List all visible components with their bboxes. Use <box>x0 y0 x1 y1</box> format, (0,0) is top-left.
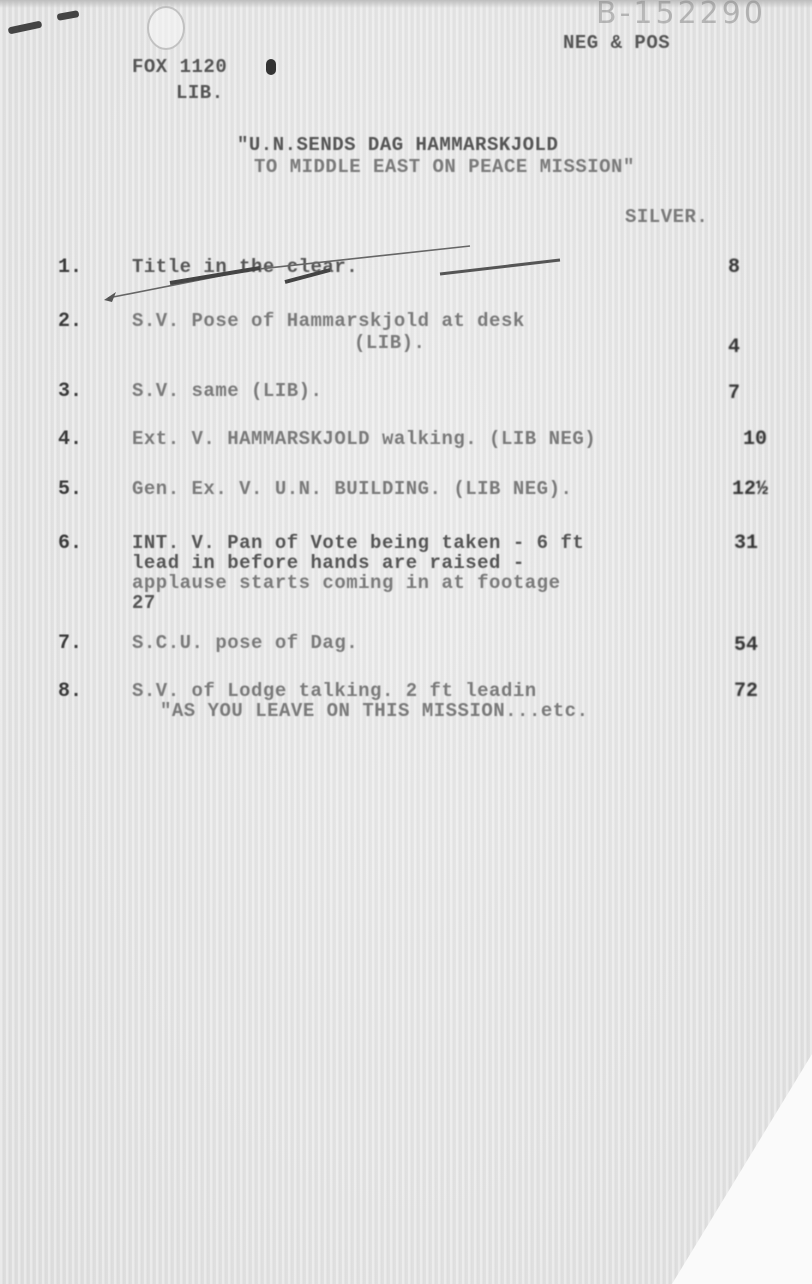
shot-footage: 4 <box>690 336 740 359</box>
shot-footage: 54 <box>708 634 758 657</box>
shot-description: S.V. same (LIB). <box>132 380 322 402</box>
shot-description-cont: 27 <box>132 592 156 614</box>
shot-description: S.V. Pose of Hammarskjold at desk <box>132 310 525 332</box>
shot-description: Gen. Ex. V. U.N. BUILDING. (LIB NEG). <box>132 478 572 500</box>
shot-number: 4. <box>58 428 82 451</box>
shot-footage: 10 <box>717 428 767 451</box>
shot-number: 8. <box>58 680 82 703</box>
shot-number: 2. <box>58 310 82 333</box>
shot-description-cont: applause starts coming in at footage <box>132 572 560 594</box>
shot-footage: 12½ <box>718 478 768 501</box>
shot-description-cont: "AS YOU LEAVE ON THIS MISSION...etc. <box>160 700 588 722</box>
shot-footage: 7 <box>690 382 740 405</box>
shot-description: INT. V. Pan of Vote being taken - 6 ft <box>132 532 584 554</box>
shot-footage: 72 <box>708 680 758 703</box>
shot-footage: 31 <box>708 532 758 555</box>
pen-strike-arrow <box>0 0 812 320</box>
shot-number: 6. <box>58 532 82 555</box>
folded-corner <box>672 1054 812 1284</box>
shot-number: 7. <box>58 632 82 655</box>
shot-description: Ext. V. HAMMARSKJOLD walking. (LIB NEG) <box>132 428 596 450</box>
shot-description-cont: (LIB). <box>354 332 425 354</box>
shot-number: 5. <box>58 478 82 501</box>
shot-description: S.C.U. pose of Dag. <box>132 632 358 654</box>
shot-description-cont: lead in before hands are raised - <box>132 552 525 574</box>
shot-number: 3. <box>58 380 82 403</box>
shot-description: S.V. of Lodge talking. 2 ft leadin <box>132 680 537 702</box>
